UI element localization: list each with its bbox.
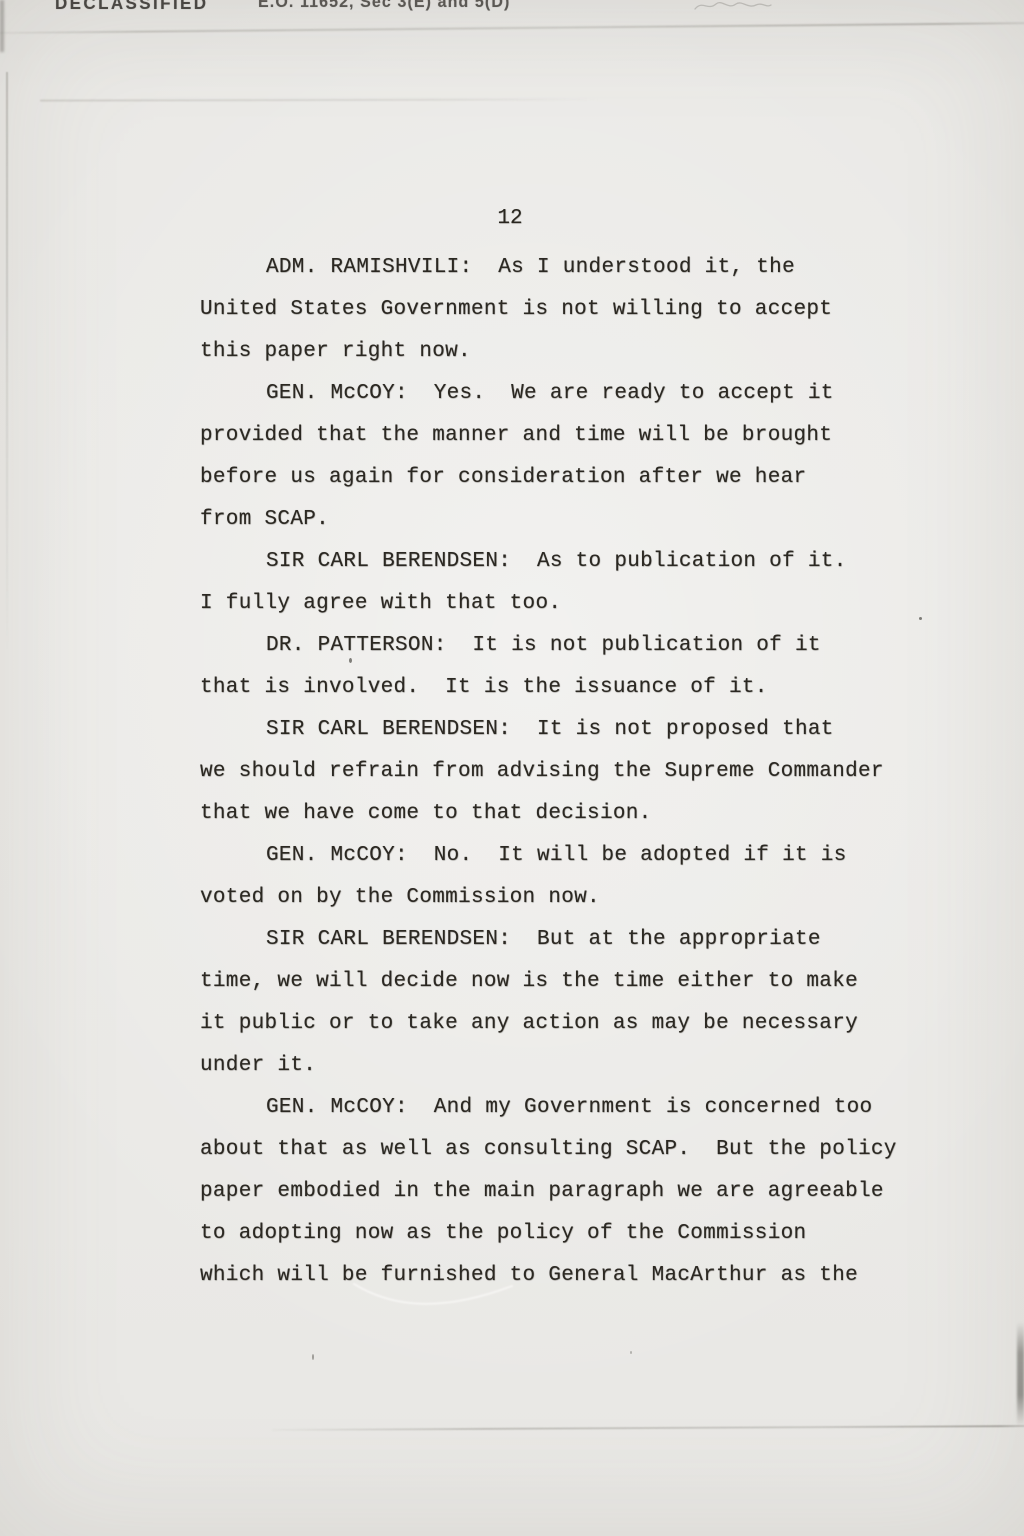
transcript-paragraph: SIR CARL BERENDSEN: It is not proposed t… (200, 709, 940, 835)
transcript-paragraph: GEN. McCOY: No. It will be adopted if it… (200, 835, 940, 919)
transcript-line: we should refrain from advising the Supr… (200, 751, 940, 793)
transcript-line: SIR CARL BERENDSEN: As to publication of… (200, 541, 940, 583)
transcript-line: DR. PATTERSON: It is not publication of … (200, 625, 940, 667)
transcript-line: GEN. McCOY: Yes. We are ready to accept … (200, 373, 940, 415)
transcript-paragraph: SIR CARL BERENDSEN: But at the appropria… (200, 919, 940, 1087)
transcript-line: before us again for consideration after … (200, 457, 940, 499)
ink-speck (312, 1354, 314, 1360)
transcript-line: which will be furnished to General MacAr… (200, 1255, 940, 1297)
transcript-line: voted on by the Commission now. (200, 877, 940, 919)
transcript-line: to adopting now as the policy of the Com… (200, 1213, 940, 1255)
executive-order-stamp: E.O. 11652, Sec 3(E) and 5(D) (258, 0, 510, 12)
transcript-line: under it. (200, 1045, 940, 1087)
transcript-line: GEN. McCOY: And my Government is concern… (200, 1087, 940, 1129)
transcript-line: paper embodied in the main paragraph we … (200, 1171, 940, 1213)
scanned-page: DECLASSIFIED E.O. 11652, Sec 3(E) and 5(… (0, 0, 1024, 1536)
transcript-body: ADM. RAMISHVILI: As I understood it, the… (200, 247, 940, 1297)
transcript-line: that is involved. It is the issuance of … (200, 667, 940, 709)
transcript-line: United States Government is not willing … (200, 289, 940, 331)
paper-left-edge (6, 72, 8, 652)
paper-edge-faint (40, 98, 600, 101)
handwritten-mark (692, 0, 774, 15)
ink-speck (630, 1351, 632, 1354)
transcript-paragraph: SIR CARL BERENDSEN: As to publication of… (200, 541, 940, 625)
transcript-line: I fully agree with that too. (200, 583, 940, 625)
transcript-paragraph: ADM. RAMISHVILI: As I understood it, the… (200, 247, 940, 373)
paper-top-edge (0, 22, 1024, 34)
scan-blotch (1017, 1322, 1024, 1426)
transcript-paragraph: GEN. McCOY: And my Government is concern… (200, 1087, 940, 1297)
transcript-line: SIR CARL BERENDSEN: But at the appropria… (200, 919, 940, 961)
transcript-line: this paper right now. (200, 331, 940, 373)
paper-crease (272, 1425, 1024, 1431)
transcript-line: time, we will decide now is the time eit… (200, 961, 940, 1003)
transcript-line: SIR CARL BERENDSEN: It is not proposed t… (200, 709, 940, 751)
transcript-line: ADM. RAMISHVILI: As I understood it, the (200, 247, 940, 289)
transcript-line: GEN. McCOY: No. It will be adopted if it… (200, 835, 940, 877)
transcript-line: it public or to take any action as may b… (200, 1003, 940, 1045)
declassified-stamp: DECLASSIFIED (55, 0, 208, 14)
transcript-line: from SCAP. (200, 499, 940, 541)
scan-smudge (0, 0, 4, 52)
transcript-line: about that as well as consulting SCAP. B… (200, 1129, 940, 1171)
page-number: 12 (480, 207, 540, 230)
transcript-paragraph: DR. PATTERSON: It is not publication of … (200, 625, 940, 709)
transcript-line: that we have come to that decision. (200, 793, 940, 835)
transcript-line: provided that the manner and time will b… (200, 415, 940, 457)
transcript-paragraph: GEN. McCOY: Yes. We are ready to accept … (200, 373, 940, 541)
